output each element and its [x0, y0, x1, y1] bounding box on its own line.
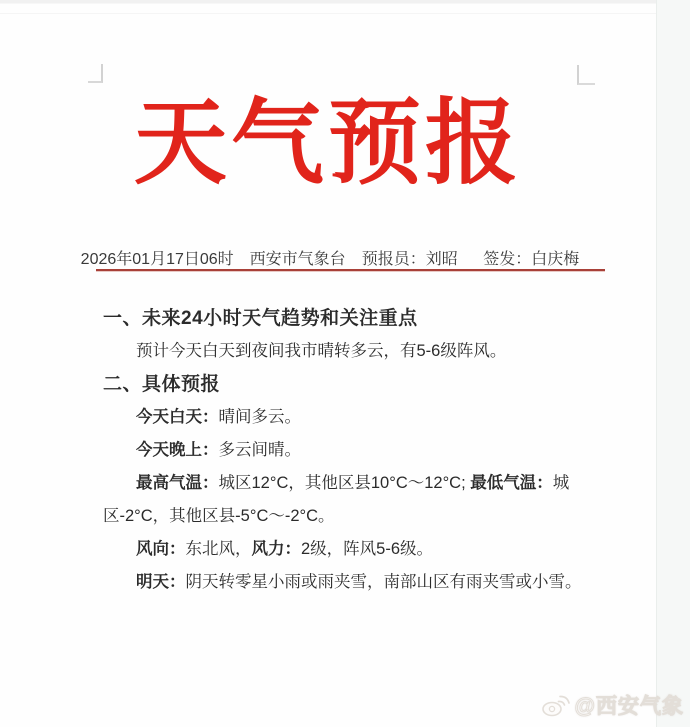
weibo-icon [541, 692, 571, 718]
wind-force-text: 2级，阵风5-6级。 [301, 540, 433, 558]
meta-station: 西安市气象台 [250, 251, 346, 268]
meta-line: 2026年01月17日06时西安市气象台预报员：刘昭签发：白庆梅 [50, 246, 610, 269]
meta-datetime: 2026年01月17日06时 [81, 251, 234, 268]
forecast-wind: 风向：东北风，风力：2级，阵风5-6级。 [103, 533, 615, 566]
forecast-today-day: 今天白天：晴间多云。 [103, 401, 615, 434]
forecast-temperature: 最高气温：城区12°C，其他区县10°C～12°C; 最低气温：城区-2°C，其… [103, 467, 573, 533]
forecast-today-night: 今天晚上：多云间晴。 [103, 434, 615, 467]
photo-top-edge [0, 0, 690, 4]
today-day-label: 今天白天： [136, 408, 219, 426]
wind-force-label: 风力： [252, 540, 302, 558]
photo-right-edge [656, 0, 690, 727]
wind-direction-label: 风向： [136, 540, 186, 558]
section-1-heading: 一、未来24小时天气趋势和关注重点 [103, 302, 615, 335]
watermark-handle: @西安气象 [575, 690, 684, 720]
red-divider-rule [96, 269, 605, 272]
photo-top-edge-line [0, 13, 690, 14]
section-1-summary: 预计今天白天到夜间我市晴转多云，有5-6级阵风。 [103, 335, 615, 368]
tomorrow-label: 明天： [136, 573, 186, 591]
meta-issuer: 签发：白庆梅 [483, 251, 579, 268]
today-day-text: 晴间多云。 [219, 408, 302, 426]
document-page: 天气预报 2026年01月17日06时西安市气象台预报员：刘昭签发：白庆梅 一、… [0, 0, 690, 727]
document-title: 天气预报 [0, 84, 656, 202]
today-night-text: 多云间晴。 [219, 441, 302, 459]
margin-crop-mark-top-left [88, 64, 103, 83]
high-temp-label: 最高气温： [136, 474, 219, 492]
margin-crop-mark-top-right [577, 65, 595, 85]
forecast-tomorrow: 明天：阴天转零星小雨或雨夹雪，南部山区有雨夹雪或小雪。 [103, 566, 615, 599]
wind-direction-text: 东北风， [186, 540, 252, 558]
section-2-heading: 二、具体预报 [103, 368, 615, 401]
meta-forecaster: 预报员：刘昭 [362, 251, 458, 268]
tomorrow-text: 阴天转零星小雨或雨夹雪，南部山区有雨夹雪或小雪。 [186, 573, 582, 591]
high-temp-text: 城区12°C，其他区县10°C～12°C; [219, 474, 471, 492]
weibo-watermark: @西安气象 [541, 690, 684, 720]
document-body: 一、未来24小时天气趋势和关注重点 预计今天白天到夜间我市晴转多云，有5-6级阵… [103, 302, 615, 599]
low-temp-label: 最低气温： [470, 474, 553, 492]
today-night-label: 今天晚上： [136, 441, 219, 459]
